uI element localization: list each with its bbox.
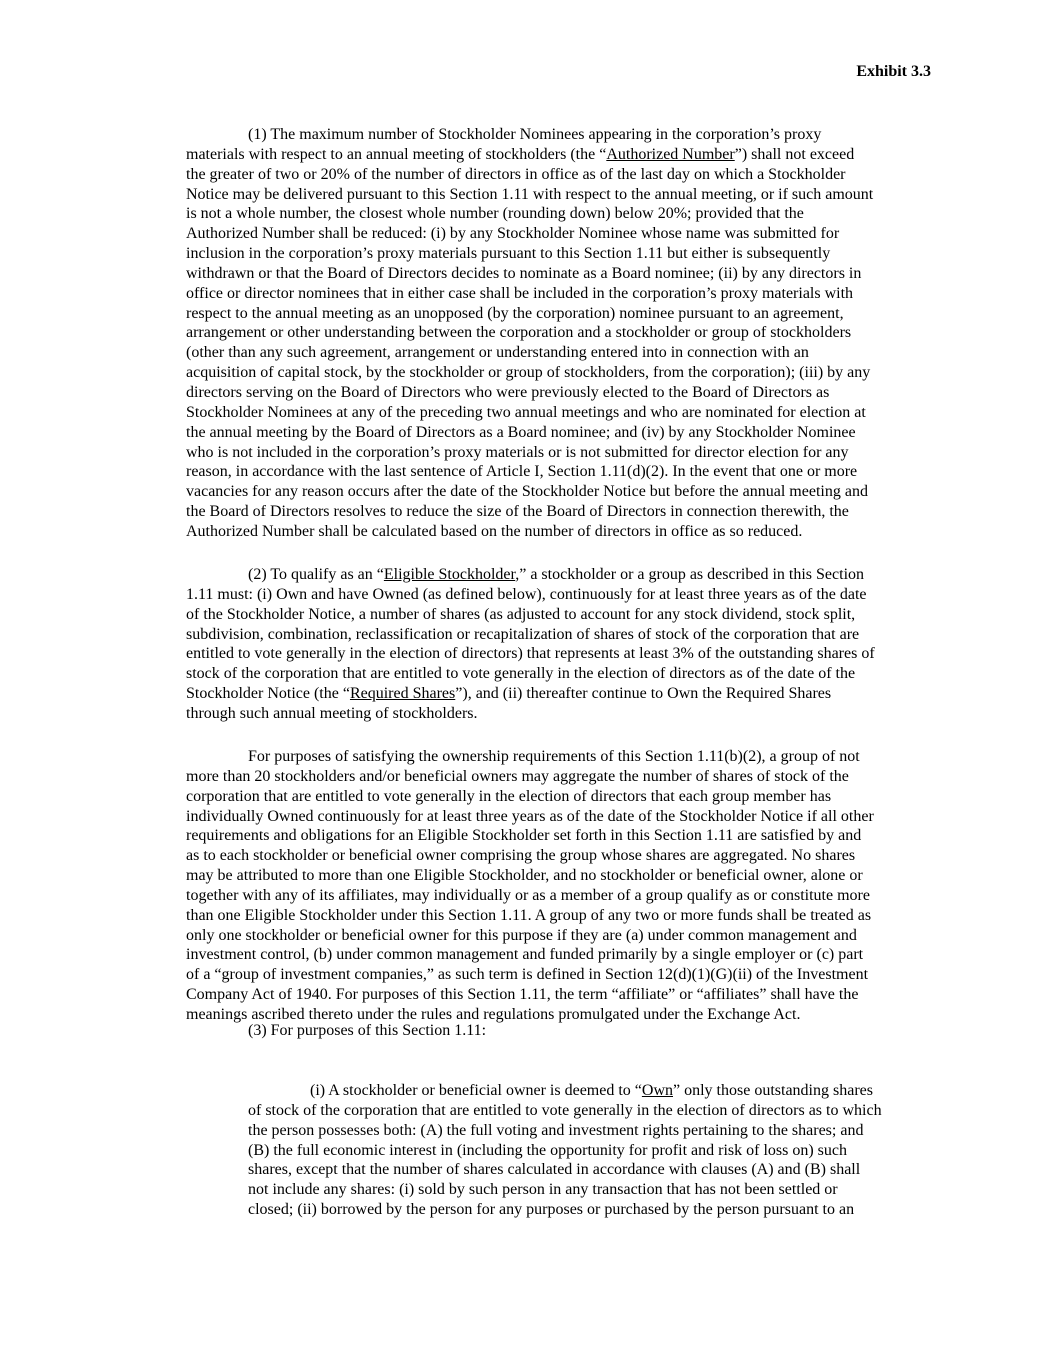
text-segment: who is not included in the corporation’s… bbox=[186, 444, 849, 461]
text-line: more than 20 stockholders and/or benefic… bbox=[186, 767, 946, 787]
text-segment: than one Eligible Stockholder under this… bbox=[186, 907, 871, 924]
text-segment: is not a whole number, the closest whole… bbox=[186, 205, 804, 222]
text-line: (2) To qualify as an “Eligible Stockhold… bbox=[186, 565, 946, 585]
text-line: through such annual meeting of stockhold… bbox=[186, 704, 946, 724]
text-segment: (1) The maximum number of Stockholder No… bbox=[248, 126, 821, 143]
text-segment: respect to the annual meeting as an unop… bbox=[186, 305, 844, 322]
text-segment: (3) For purposes of this Section 1.11: bbox=[248, 1022, 486, 1039]
text-segment: (other than any such agreement, arrangem… bbox=[186, 344, 809, 361]
text-line: corporation that are entitled to vote ge… bbox=[186, 787, 946, 807]
text-segment: corporation that are entitled to vote ge… bbox=[186, 788, 831, 805]
text-line: entitled to vote generally in the electi… bbox=[186, 644, 946, 664]
paragraph-authorized-number: (1) The maximum number of Stockholder No… bbox=[186, 125, 946, 542]
text-segment: entitled to vote generally in the electi… bbox=[186, 645, 875, 662]
text-segment: stock of the corporation that are entitl… bbox=[186, 665, 855, 682]
text-segment: Stockholder Notice (the “ bbox=[186, 685, 350, 702]
defined-term: Eligible Stockholder bbox=[384, 566, 515, 583]
text-line: inclusion in the corporation’s proxy mat… bbox=[186, 244, 946, 264]
text-line: Stockholder Notice (the “Required Shares… bbox=[186, 684, 946, 704]
text-segment: 1.11 must: (i) Own and have Owned (as de… bbox=[186, 586, 867, 603]
text-segment: office or director nominees that in eith… bbox=[186, 285, 853, 302]
text-line: Notice may be delivered pursuant to this… bbox=[186, 185, 946, 205]
text-segment: investment control, (b) under common man… bbox=[186, 946, 863, 963]
text-segment: withdrawn or that the Board of Directors… bbox=[186, 265, 861, 282]
text-segment: may be attributed to more than one Eligi… bbox=[186, 867, 863, 884]
text-segment: acquisition of capital stock, by the sto… bbox=[186, 364, 870, 381]
text-line: acquisition of capital stock, by the sto… bbox=[186, 363, 946, 383]
text-line: as to each stockholder or beneficial own… bbox=[186, 846, 946, 866]
text-line: (other than any such agreement, arrangem… bbox=[186, 343, 946, 363]
text-segment: the greater of two or 20% of the number … bbox=[186, 166, 846, 183]
text-segment: as to each stockholder or beneficial own… bbox=[186, 847, 855, 864]
text-line: Company Act of 1940. For purposes of thi… bbox=[186, 985, 946, 1005]
defined-term: Own bbox=[642, 1082, 673, 1099]
paragraph-ownership-aggregation: For purposes of satisfying the ownership… bbox=[186, 747, 946, 1025]
text-line: Authorized Number shall be calculated ba… bbox=[186, 522, 946, 542]
text-segment: of the Stockholder Notice, a number of s… bbox=[186, 606, 855, 623]
text-segment: Stockholder Nominees at any of the prece… bbox=[186, 404, 866, 421]
text-line: shares, except that the number of shares… bbox=[248, 1160, 948, 1180]
text-line: materials with respect to an annual meet… bbox=[186, 145, 946, 165]
text-line: who is not included in the corporation’s… bbox=[186, 443, 946, 463]
text-line: 1.11 must: (i) Own and have Owned (as de… bbox=[186, 585, 946, 605]
text-segment: closed; (ii) borrowed by the person for … bbox=[248, 1201, 854, 1218]
text-segment: For purposes of satisfying the ownership… bbox=[248, 748, 860, 765]
text-segment: shares, except that the number of shares… bbox=[248, 1161, 860, 1178]
defined-term: Authorized Number bbox=[606, 146, 734, 163]
text-segment: Authorized Number shall be reduced: (i) … bbox=[186, 225, 839, 242]
text-segment: materials with respect to an annual meet… bbox=[186, 146, 606, 163]
text-segment: ”) shall not exceed bbox=[735, 146, 855, 163]
text-line: stock of the corporation that are entitl… bbox=[186, 664, 946, 684]
text-line: the person possesses both: (A) the full … bbox=[248, 1121, 948, 1141]
paragraph-section-definitions: (3) For purposes of this Section 1.11: bbox=[248, 1021, 948, 1041]
text-line: subdivision, combination, reclassificati… bbox=[186, 625, 946, 645]
text-line: may be attributed to more than one Eligi… bbox=[186, 866, 946, 886]
text-line: the Board of Directors resolves to reduc… bbox=[186, 502, 946, 522]
text-line: investment control, (b) under common man… bbox=[186, 945, 946, 965]
text-segment: individually Owned continuously for at l… bbox=[186, 808, 874, 825]
text-segment: ” only those outstanding shares bbox=[673, 1082, 873, 1099]
text-segment: directors serving on the Board of Direct… bbox=[186, 384, 829, 401]
text-segment: (B) the full economic interest in (inclu… bbox=[248, 1142, 847, 1159]
paragraph-eligible-stockholder: (2) To qualify as an “Eligible Stockhold… bbox=[186, 565, 946, 724]
text-segment: together with any of its affiliates, may… bbox=[186, 887, 870, 904]
text-line: (B) the full economic interest in (inclu… bbox=[248, 1141, 948, 1161]
text-segment: requirements and obligations for an Elig… bbox=[186, 827, 861, 844]
text-segment: only one stockholder or beneficial owner… bbox=[186, 927, 857, 944]
text-line: the annual meeting by the Board of Direc… bbox=[186, 423, 946, 443]
text-line: For purposes of satisfying the ownership… bbox=[186, 747, 946, 767]
text-segment: ”), and (ii) thereafter continue to Own … bbox=[455, 685, 831, 702]
text-segment: vacancies for any reason occurs after th… bbox=[186, 483, 868, 500]
text-line: requirements and obligations for an Elig… bbox=[186, 826, 946, 846]
text-line: of stock of the corporation that are ent… bbox=[248, 1101, 948, 1121]
paragraph-own-definition: (i) A stockholder or beneficial owner is… bbox=[248, 1081, 948, 1220]
text-line: than one Eligible Stockholder under this… bbox=[186, 906, 946, 926]
text-line: of the Stockholder Notice, a number of s… bbox=[186, 605, 946, 625]
text-line: (1) The maximum number of Stockholder No… bbox=[186, 125, 946, 145]
text-line: of a “group of investment companies,” as… bbox=[186, 965, 946, 985]
text-segment: through such annual meeting of stockhold… bbox=[186, 705, 478, 722]
text-segment: the Board of Directors resolves to reduc… bbox=[186, 503, 849, 520]
text-segment: the person possesses both: (A) the full … bbox=[248, 1122, 863, 1139]
text-line: together with any of its affiliates, may… bbox=[186, 886, 946, 906]
text-line: (i) A stockholder or beneficial owner is… bbox=[248, 1081, 948, 1101]
text-line: individually Owned continuously for at l… bbox=[186, 807, 946, 827]
text-segment: arrangement or other understanding betwe… bbox=[186, 324, 851, 341]
text-line: withdrawn or that the Board of Directors… bbox=[186, 264, 946, 284]
text-line: office or director nominees that in eith… bbox=[186, 284, 946, 304]
text-segment: the annual meeting by the Board of Direc… bbox=[186, 424, 856, 441]
text-line: not include any shares: (i) sold by such… bbox=[248, 1180, 948, 1200]
text-line: closed; (ii) borrowed by the person for … bbox=[248, 1200, 948, 1220]
text-line: directors serving on the Board of Direct… bbox=[186, 383, 946, 403]
defined-term: Required Shares bbox=[350, 685, 455, 702]
text-segment: (i) A stockholder or beneficial owner is… bbox=[310, 1082, 642, 1099]
text-line: the greater of two or 20% of the number … bbox=[186, 165, 946, 185]
exhibit-label: Exhibit 3.3 bbox=[856, 62, 931, 82]
text-line: (3) For purposes of this Section 1.11: bbox=[248, 1021, 948, 1041]
text-segment: Company Act of 1940. For purposes of thi… bbox=[186, 986, 858, 1003]
text-segment: reason, in accordance with the last sent… bbox=[186, 463, 857, 480]
text-segment: subdivision, combination, reclassificati… bbox=[186, 626, 859, 643]
text-segment: of a “group of investment companies,” as… bbox=[186, 966, 868, 983]
text-line: arrangement or other understanding betwe… bbox=[186, 323, 946, 343]
text-segment: (2) To qualify as an “ bbox=[248, 566, 384, 583]
text-segment: not include any shares: (i) sold by such… bbox=[248, 1181, 838, 1198]
text-line: reason, in accordance with the last sent… bbox=[186, 462, 946, 482]
text-line: vacancies for any reason occurs after th… bbox=[186, 482, 946, 502]
text-segment: Authorized Number shall be calculated ba… bbox=[186, 523, 802, 540]
text-line: Stockholder Nominees at any of the prece… bbox=[186, 403, 946, 423]
text-line: Authorized Number shall be reduced: (i) … bbox=[186, 224, 946, 244]
text-segment: more than 20 stockholders and/or benefic… bbox=[186, 768, 849, 785]
text-segment: of stock of the corporation that are ent… bbox=[248, 1102, 882, 1119]
text-line: is not a whole number, the closest whole… bbox=[186, 204, 946, 224]
text-line: only one stockholder or beneficial owner… bbox=[186, 926, 946, 946]
text-line: respect to the annual meeting as an unop… bbox=[186, 304, 946, 324]
text-segment: ,” a stockholder or a group as described… bbox=[515, 566, 864, 583]
text-segment: inclusion in the corporation’s proxy mat… bbox=[186, 245, 830, 262]
text-segment: Notice may be delivered pursuant to this… bbox=[186, 186, 873, 203]
